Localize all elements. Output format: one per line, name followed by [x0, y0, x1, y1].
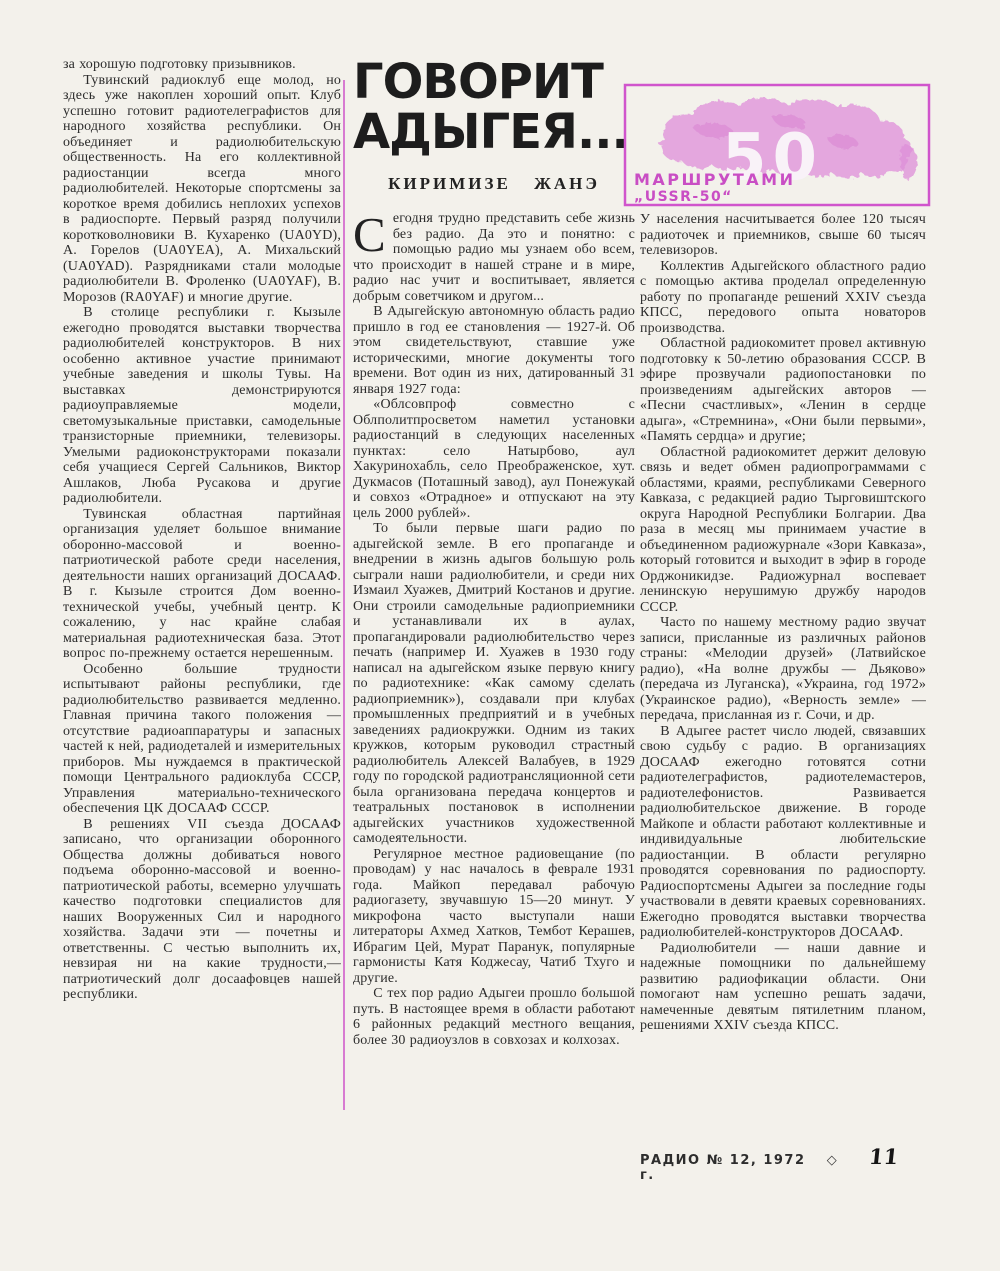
- paragraph: «Облсовпроф совместно с Облполитпросвето…: [353, 397, 635, 521]
- column-3: У населения насчитывается более 120 тыся…: [640, 212, 926, 1034]
- article-title-line2: АДЫГЕЯ...: [353, 107, 635, 157]
- column-2: ГОВОРИТ АДЫГЕЯ... КИРИМИЗЕ ЖАНЭ Сегодня …: [353, 57, 635, 1048]
- paragraph: Областной радиокомитет провел активную п…: [640, 336, 926, 445]
- stamp-caption-line2: „USSR-50“: [634, 189, 733, 205]
- article-title-line1: ГОВОРИТ: [353, 57, 635, 107]
- paragraph: В столице республики г. Кызыле ежегодно …: [63, 305, 341, 507]
- page-number: 11: [867, 1144, 899, 1169]
- paragraph: Тувинский радиоклуб еще молод, но здесь …: [63, 73, 341, 306]
- paragraph: В решениях VII съезда ДОСААФ записано, ч…: [63, 817, 341, 1003]
- paragraph: То были первые шаги радио по адыгейской …: [353, 521, 635, 847]
- author-byline: КИРИМИЗЕ ЖАНЭ: [353, 174, 635, 194]
- paragraph: Регулярное местное радиовещание (по пров…: [353, 847, 635, 987]
- lead-paragraph: Сегодня трудно представить себе жизнь бе…: [353, 211, 635, 304]
- article-title: ГОВОРИТ АДЫГЕЯ...: [353, 57, 635, 157]
- paragraph: Часто по нашему местному радио звучат за…: [640, 615, 926, 724]
- journal-issue-label: РАДИО № 12, 1972 г.: [640, 1153, 809, 1183]
- stamp-caption-line1: МАРШРУТАМИ: [634, 170, 795, 189]
- paragraph: В Адыгее растет число людей, связавших с…: [640, 724, 926, 941]
- paragraph: Тувинская областная партийная организаци…: [63, 507, 341, 662]
- paragraph: за хорошую подготовку призывников.: [63, 57, 341, 73]
- paragraph: Радиолюбители — наши давние и надежные п…: [640, 941, 926, 1034]
- paragraph: В Адыгейскую автономную область радио пр…: [353, 304, 635, 397]
- column-2-body: В Адыгейскую автономную область радио пр…: [353, 304, 635, 1048]
- column-divider-line: [343, 80, 345, 1110]
- dropcap-letter: С: [353, 211, 393, 255]
- magazine-page: за хорошую подготовку призывников.Тувинс…: [0, 0, 1000, 1271]
- lead-text: егодня трудно представить себе жизнь без…: [353, 211, 635, 304]
- paragraph: С тех пор радио Адыгеи прошло большой пу…: [353, 986, 635, 1048]
- diamond-icon: ◇: [827, 1152, 837, 1168]
- paragraph: Особенно большие трудности испытывают ра…: [63, 662, 341, 817]
- page-footer: РАДИО № 12, 1972 г. ◇ 11: [640, 1144, 926, 1183]
- paragraph: У населения насчитывается более 120 тыся…: [640, 212, 926, 259]
- paragraph: Коллектив Адыгейского областного радио с…: [640, 259, 926, 337]
- paragraph: Областной радиокомитет держит деловую св…: [640, 445, 926, 616]
- ussr-50-stamp: 50 МАРШРУТАМИ „USSR-50“: [622, 82, 932, 208]
- column-1: за хорошую подготовку призывников.Тувинс…: [63, 57, 341, 1003]
- ussr-map-graphic: 50 МАРШРУТАМИ „USSR-50“: [622, 82, 932, 208]
